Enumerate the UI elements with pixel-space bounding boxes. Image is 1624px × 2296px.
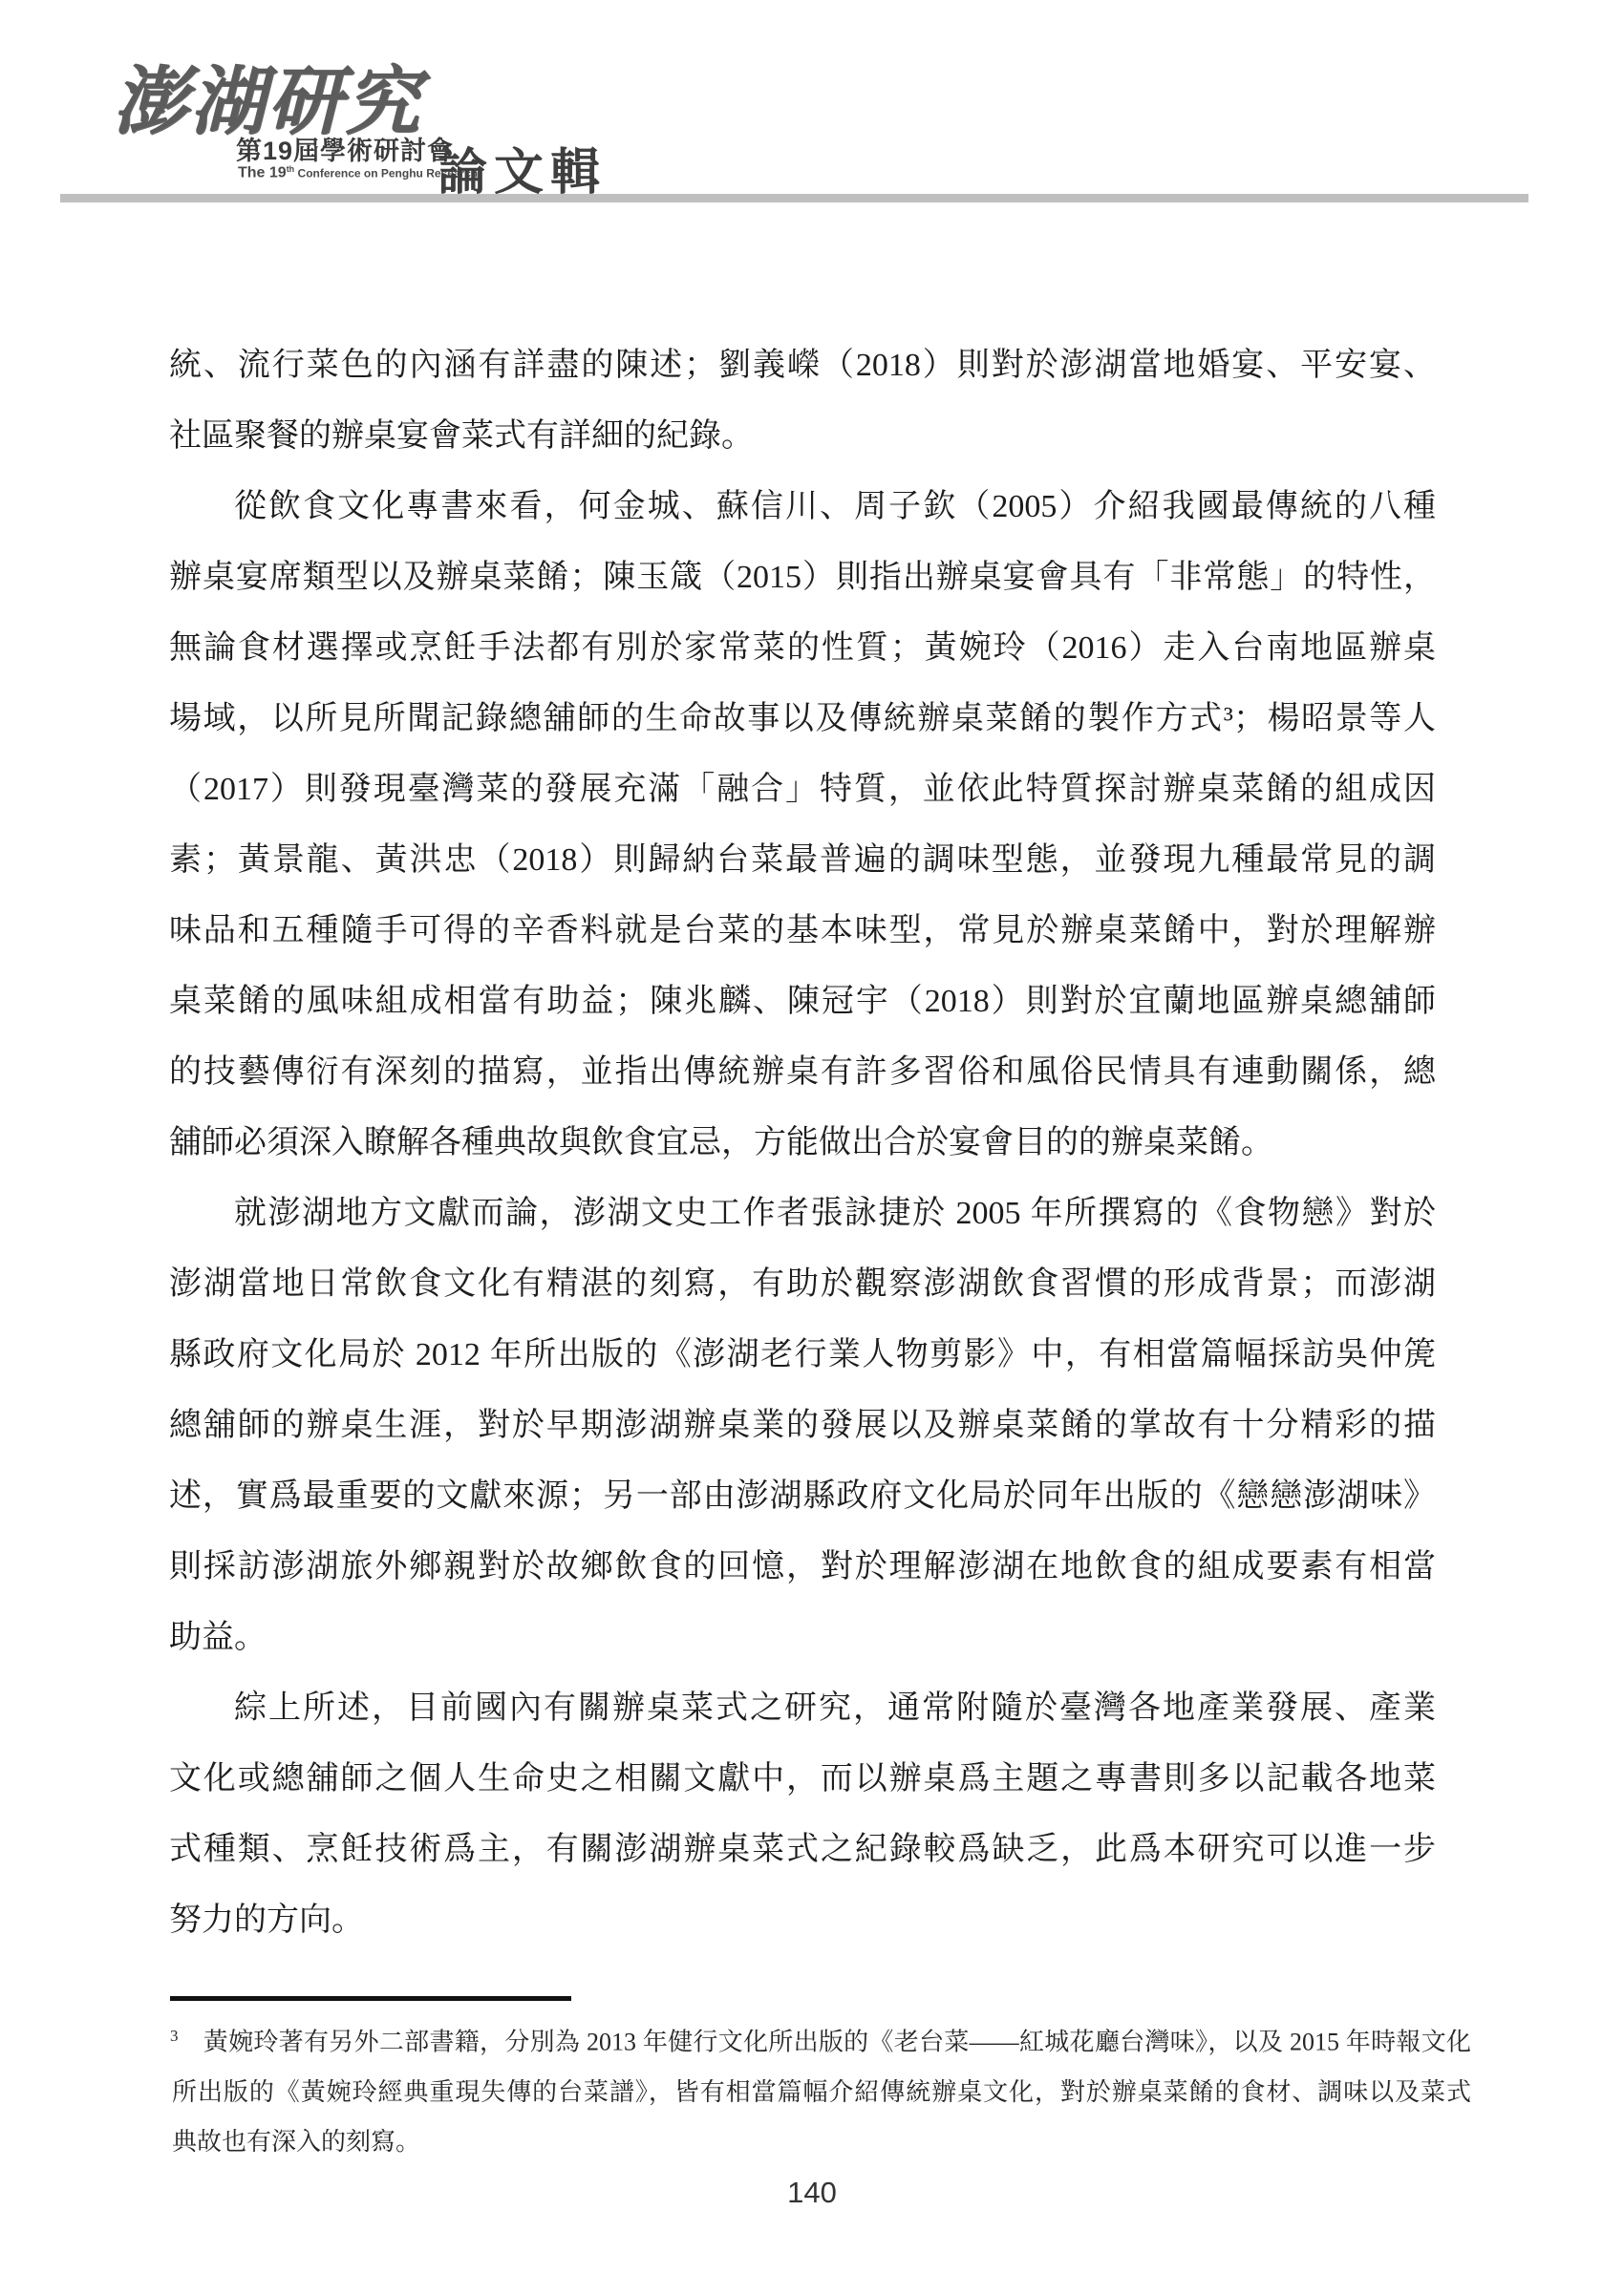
body-line: 從飲食文化專書來看，何金城、蘇信川、周子欽（2005）介紹我國最傳統的八種 [169, 472, 1436, 542]
body-line: 述，實爲最重要的文獻來源；另一部由澎湖縣政府文化局於同年出版的《戀戀澎湖味》 [169, 1461, 1436, 1532]
body-line: 綜上所述，目前國內有關辦桌菜式之研究，通常附隨於臺灣各地產業發展、產業 [169, 1673, 1436, 1744]
body-line: 澎湖當地日常飲食文化有精湛的刻寫，有助於觀察澎湖飲食習慣的形成背景；而澎湖 [169, 1249, 1436, 1320]
body-line: 助益。 [169, 1603, 1436, 1673]
body-line: 則採訪澎湖旅外鄉親對於故鄉飲食的回憶，對於理解澎湖在地飲食的組成要素有相當 [169, 1532, 1436, 1603]
proceedings-title: 論文輯 [438, 132, 607, 203]
footnote-marker: 3 [170, 2027, 203, 2045]
body-line: 式種類、烹飪技術爲主，有關澎湖辦桌菜式之紀錄較爲缺乏，此爲本研究可以進一步 [169, 1815, 1436, 1885]
footnote: 3黃婉玲著有另外二部書籍，分別為 2013 年健行文化所出版的《老台菜——紅城花… [172, 2011, 1471, 2167]
body-line: 就澎湖地方文獻而論，澎湖文史工作者張詠捷於 2005 年所撰寫的《食物戀》對於 [169, 1179, 1436, 1249]
header-divider-bar [60, 194, 1528, 202]
footnote-separator-rule [170, 1996, 571, 2001]
footnote-line: 3黃婉玲著有另外二部書籍，分別為 2013 年健行文化所出版的《老台菜——紅城花… [172, 2011, 1471, 2068]
conference-en-prefix: The 19 [238, 164, 287, 181]
body-line: 味品和五種隨手可得的辛香料就是台菜的基本味型，常見於辦桌菜餚中，對於理解辦 [169, 896, 1436, 967]
body-line: 素；黃景龍、黃洪忠（2018）則歸納台菜最普遍的調味型態，並發現九種最常見的調 [169, 825, 1436, 896]
body-line: 努力的方向。 [169, 1885, 1436, 1956]
body-line: 辦桌宴席類型以及辦桌菜餚；陳玉箴（2015）則指出辦桌宴會具有「非常態」的特性， [169, 542, 1436, 613]
body-line: 舖師必須深入瞭解各種典故與飲食宜忌，方能做出合於宴會目的的辦桌菜餚。 [169, 1108, 1436, 1179]
conference-en-ordinal: th [287, 164, 295, 174]
document-page: 澎湖研究 第19屆學術研討會 The 19th Conference on Pe… [0, 0, 1624, 2296]
body-line: （2017）則發現臺灣菜的發展充滿「融合」特質，並依此特質探討辦桌菜餚的組成因 [169, 755, 1436, 825]
page-number: 140 [0, 2176, 1624, 2210]
body-line: 社區聚餐的辦桌宴會菜式有詳細的紀錄。 [169, 401, 1436, 472]
body-line: 的技藝傳衍有深刻的描寫，並指出傳統辦桌有許多習俗和風俗民情具有連動關係，總 [169, 1037, 1436, 1108]
body-line: 桌菜餚的風味組成相當有助益；陳兆麟、陳冠宇（2018）則對於宜蘭地區辦桌總舖師 [169, 967, 1436, 1037]
body-line: 場域，以所見所聞記錄總舖師的生命故事以及傳統辦桌菜餚的製作方式³；楊昭景等人 [169, 684, 1436, 755]
body-text: 統、流行菜色的內涵有詳盡的陳述；劉義嶸（2018）則對於澎湖當地婚宴、平安宴、社… [169, 330, 1436, 1956]
body-line: 總舖師的辦桌生涯，對於早期澎湖辦桌業的發展以及辦桌菜餚的掌故有十分精彩的描 [169, 1391, 1436, 1461]
body-line: 無論食材選擇或烹飪手法都有別於家常菜的性質；黃婉玲（2016）走入台南地區辦桌 [169, 613, 1436, 684]
body-line: 縣政府文化局於 2012 年所出版的《澎湖老行業人物剪影》中，有相當篇幅採訪吳仲… [169, 1320, 1436, 1391]
body-line: 統、流行菜色的內涵有詳盡的陳述；劉義嶸（2018）則對於澎湖當地婚宴、平安宴、 [169, 330, 1436, 401]
conference-title: 第19屆學術研討會 [236, 130, 454, 167]
body-line: 文化或總舖師之個人生命史之相關文獻中，而以辦桌爲主題之專書則多以記載各地菜 [169, 1744, 1436, 1815]
footnote-line: 典故也有深入的刻寫。 [172, 2117, 1471, 2167]
footnote-line: 所出版的《黃婉玲經典重現失傳的台菜譜》，皆有相當篇幅介紹傳統辦桌文化，對於辦桌菜… [172, 2068, 1471, 2117]
